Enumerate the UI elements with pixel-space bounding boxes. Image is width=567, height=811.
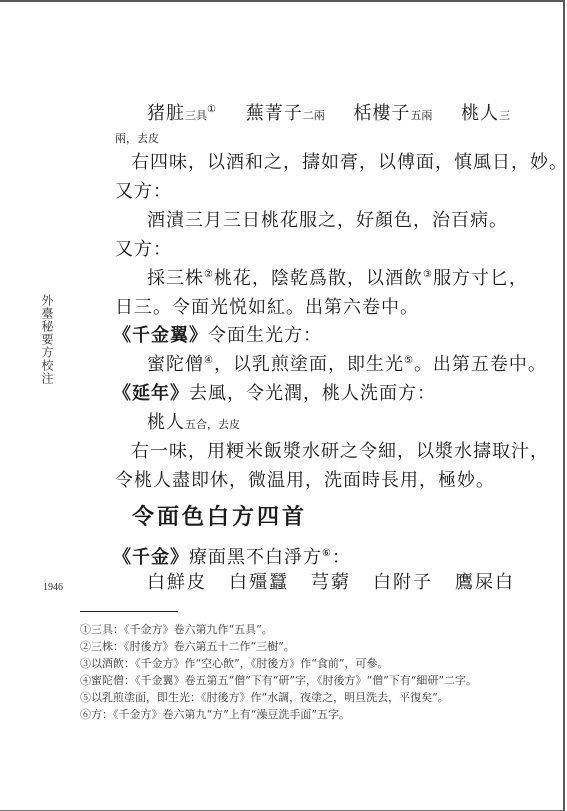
ingredient-name: 猪脏 (147, 103, 185, 124)
recipe-heading: 又方： (115, 239, 172, 261)
ingredient-name: 桃人 (147, 412, 185, 433)
ingredient-name: 白殭蠶 (229, 572, 289, 593)
text-line: 令桃人盡即休，微温用，洗面時長用，極妙。 (115, 470, 495, 492)
ingredient-name: 芎藭 (311, 572, 351, 593)
section-heading: 令面色白方四首 (132, 500, 307, 531)
ingredient-name: 鷹屎白 (455, 572, 515, 593)
ingredient-name: 白附子 (373, 572, 433, 593)
text-segment: 服方寸匕， (433, 268, 528, 289)
page-number: 1946 (43, 582, 63, 593)
ingredient-name: 白鮮皮 (147, 572, 207, 593)
footnote-ref: ③ (423, 269, 433, 280)
ingredient-line: 桃人五合，去皮 (147, 412, 240, 436)
text-line: 日三。令面光悦如紅。出第六卷中。 (115, 297, 419, 319)
ingredient-dose: 三 (499, 109, 510, 122)
text-line: 右一味，用粳米飯漿水研之令細，以漿水擣取汁， (131, 441, 549, 463)
footnote-divider (80, 611, 178, 612)
text-segment: 。出第五卷中。 (414, 354, 547, 375)
footnote-ref: ① (207, 104, 217, 115)
recipe-heading: 又方： (115, 181, 172, 203)
text-line: 採三株②桃花，陰乾爲散，以酒飲③服方寸匕， (147, 268, 528, 290)
footnote: ⑤以乳煎塗面，即生光：《肘後方》作“水調，夜塗之，明旦洗去，平復矣”。 (80, 691, 449, 705)
footnote: ④蜜陀僧：《千金翼》卷五第五“僧”下有“研”字，《肘後方》“僧”下有“細研”二字… (80, 674, 477, 688)
ingredient-dose: 五合，去皮 (185, 418, 240, 431)
footnote-ref: ④ (204, 355, 214, 366)
text-segment: 令面生光方： (208, 325, 322, 346)
footnote-ref: ⑥ (322, 548, 332, 559)
ingredient-dose: 五兩 (410, 109, 432, 122)
ingredient-line: 白鮮皮白殭蠶芎藭白附子鷹屎白 (147, 572, 515, 594)
book-title: 《千金》 (113, 547, 189, 568)
book-page: 外臺秘要方校注 1946 猪脏三具① 蕪菁子二兩 栝樓子五兩 桃人三 兩，去皮 … (0, 0, 565, 811)
text-line: 酒漬三月三日桃花服之，好顏色，治百病。 (147, 210, 508, 232)
ingredient-dose: 三具 (185, 109, 207, 122)
ingredient-line: 猪脏三具① 蕪菁子二兩 栝樓子五兩 桃人三 (147, 103, 510, 127)
text-segment: 桃花，陰乾爲散，以酒飲 (214, 268, 423, 289)
text-segment: ，以乳煎塗面，即生光 (214, 354, 404, 375)
text-segment: 蜜陀僧 (147, 354, 204, 375)
ingredient-dose-cont: 兩，去皮 (115, 128, 159, 150)
footnote: ②三株：《肘後方》卷六第五十二作“三樹”。 (80, 640, 295, 654)
book-title: 《延年》 (113, 383, 189, 404)
ingredient-name: 蕪菁子 (246, 103, 303, 124)
ingredient-name: 栝樓子 (353, 103, 410, 124)
footnote: ③以酒飲：《千金方》作“空心飲”，《肘後方》作“食前”，可參。 (80, 657, 389, 671)
footnote-ref: ② (204, 269, 214, 280)
footnote: ⑥方：《千金方》卷六第九“方”上有“澡豆洗手面”五字。 (80, 708, 350, 722)
recipe-heading: 《千金》療面黑不白淨方⑥： (113, 547, 351, 569)
text-segment: 療面黑不白淨方 (189, 547, 322, 568)
text-line: 右四味，以酒和之，擣如膏，以傅面，慎風日，妙。 (131, 152, 567, 174)
text-segment: 採三株 (147, 268, 204, 289)
ingredient-dose: 二兩 (303, 109, 325, 122)
running-title: 外臺秘要方校注 (40, 294, 54, 385)
footnote-ref: ⑤ (404, 355, 414, 366)
footnote: ①三具：《千金方》卷六第九作“五具”。 (80, 623, 273, 637)
book-title: 《千金翼》 (113, 325, 208, 346)
text-segment: 去風，令光潤，桃人洗面方： (189, 383, 436, 404)
text-line: 蜜陀僧④，以乳煎塗面，即生光⑤。出第五卷中。 (147, 354, 547, 376)
ingredient-name: 桃人 (461, 103, 499, 124)
recipe-heading: 《千金翼》令面生光方： (113, 325, 322, 347)
recipe-heading: 《延年》去風，令光潤，桃人洗面方： (113, 383, 436, 405)
text-segment: ： (332, 547, 351, 568)
